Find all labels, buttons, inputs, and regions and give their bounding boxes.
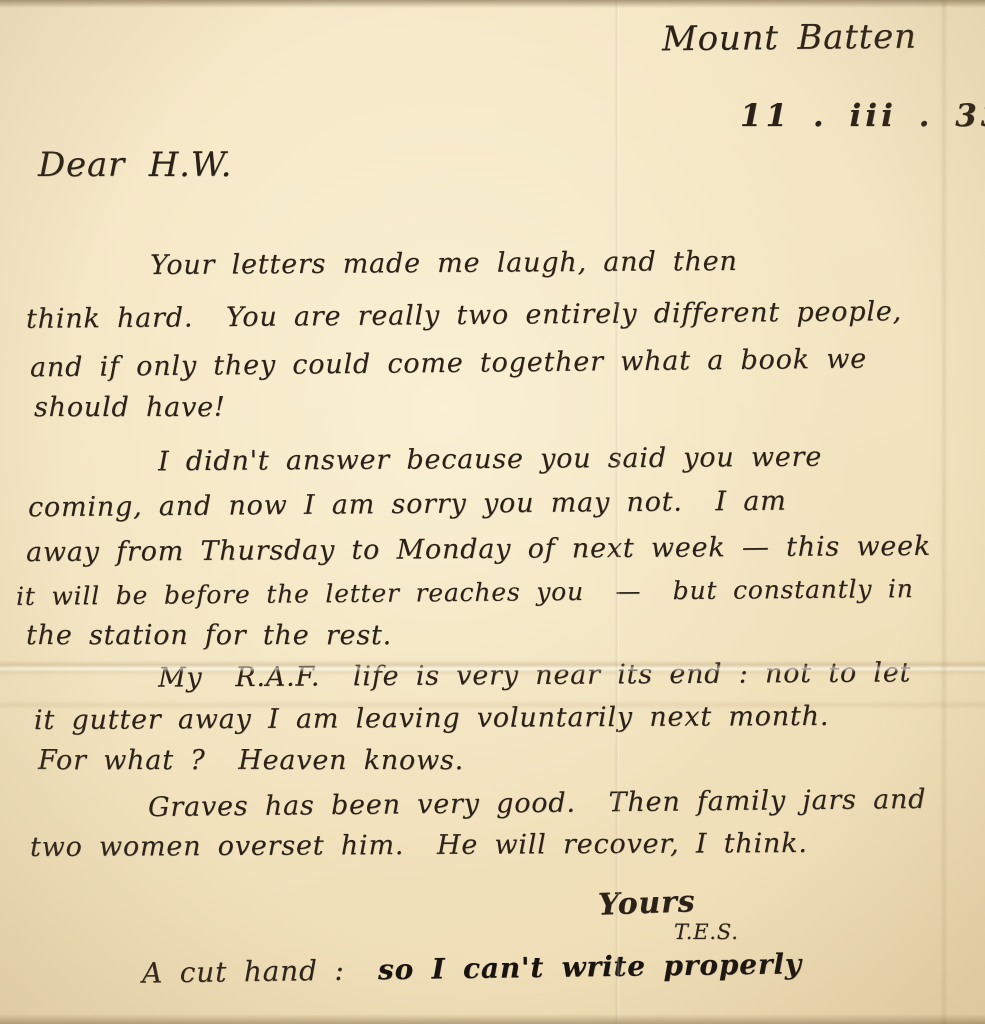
letter-date: 11 . iii . 33 [740, 98, 985, 134]
vertical-fold-crease [614, 0, 620, 1024]
closing-valediction: Yours [597, 884, 695, 922]
letter-place: Mount Batten [662, 17, 917, 60]
scan-edge-bottom [0, 1014, 985, 1024]
scan-edge-top [0, 0, 985, 8]
vertical-fold-crease-right [940, 0, 948, 1024]
body-line: and if only they could come together wha… [30, 344, 867, 384]
body-line: For what ? Heaven knows. [38, 745, 464, 776]
salutation: Dear H.W. [38, 145, 232, 185]
signature-initials: T.E.S. [674, 920, 739, 944]
body-line: Graves has been very good. Then family j… [148, 784, 927, 823]
postscript: A cut hand : so I can't write properly [142, 947, 802, 989]
body-line: Your letters made me laugh, and then [150, 246, 738, 281]
body-line: I didn't answer because you said you wer… [158, 442, 822, 478]
horizontal-fold-crease [0, 660, 985, 676]
body-line: think hard. You are really two entirely … [26, 296, 902, 335]
body-line: the station for the rest. [26, 620, 392, 651]
horizontal-fold-crease-soft [0, 700, 985, 710]
body-line: away from Thursday to Monday of next wee… [26, 531, 931, 568]
postscript-emphasis: so I can't write properly [378, 947, 802, 986]
body-line: it will be before the letter reaches you… [16, 574, 914, 611]
body-line: two women overset him. He will recover, … [30, 828, 808, 863]
body-line: coming, and now I am sorry you may not. … [28, 486, 787, 524]
letter-page: Mount Batten 11 . iii . 33 Dear H.W. You… [0, 0, 985, 1024]
postscript-prefix: A cut hand : [142, 953, 378, 989]
body-line: should have! [34, 392, 226, 423]
